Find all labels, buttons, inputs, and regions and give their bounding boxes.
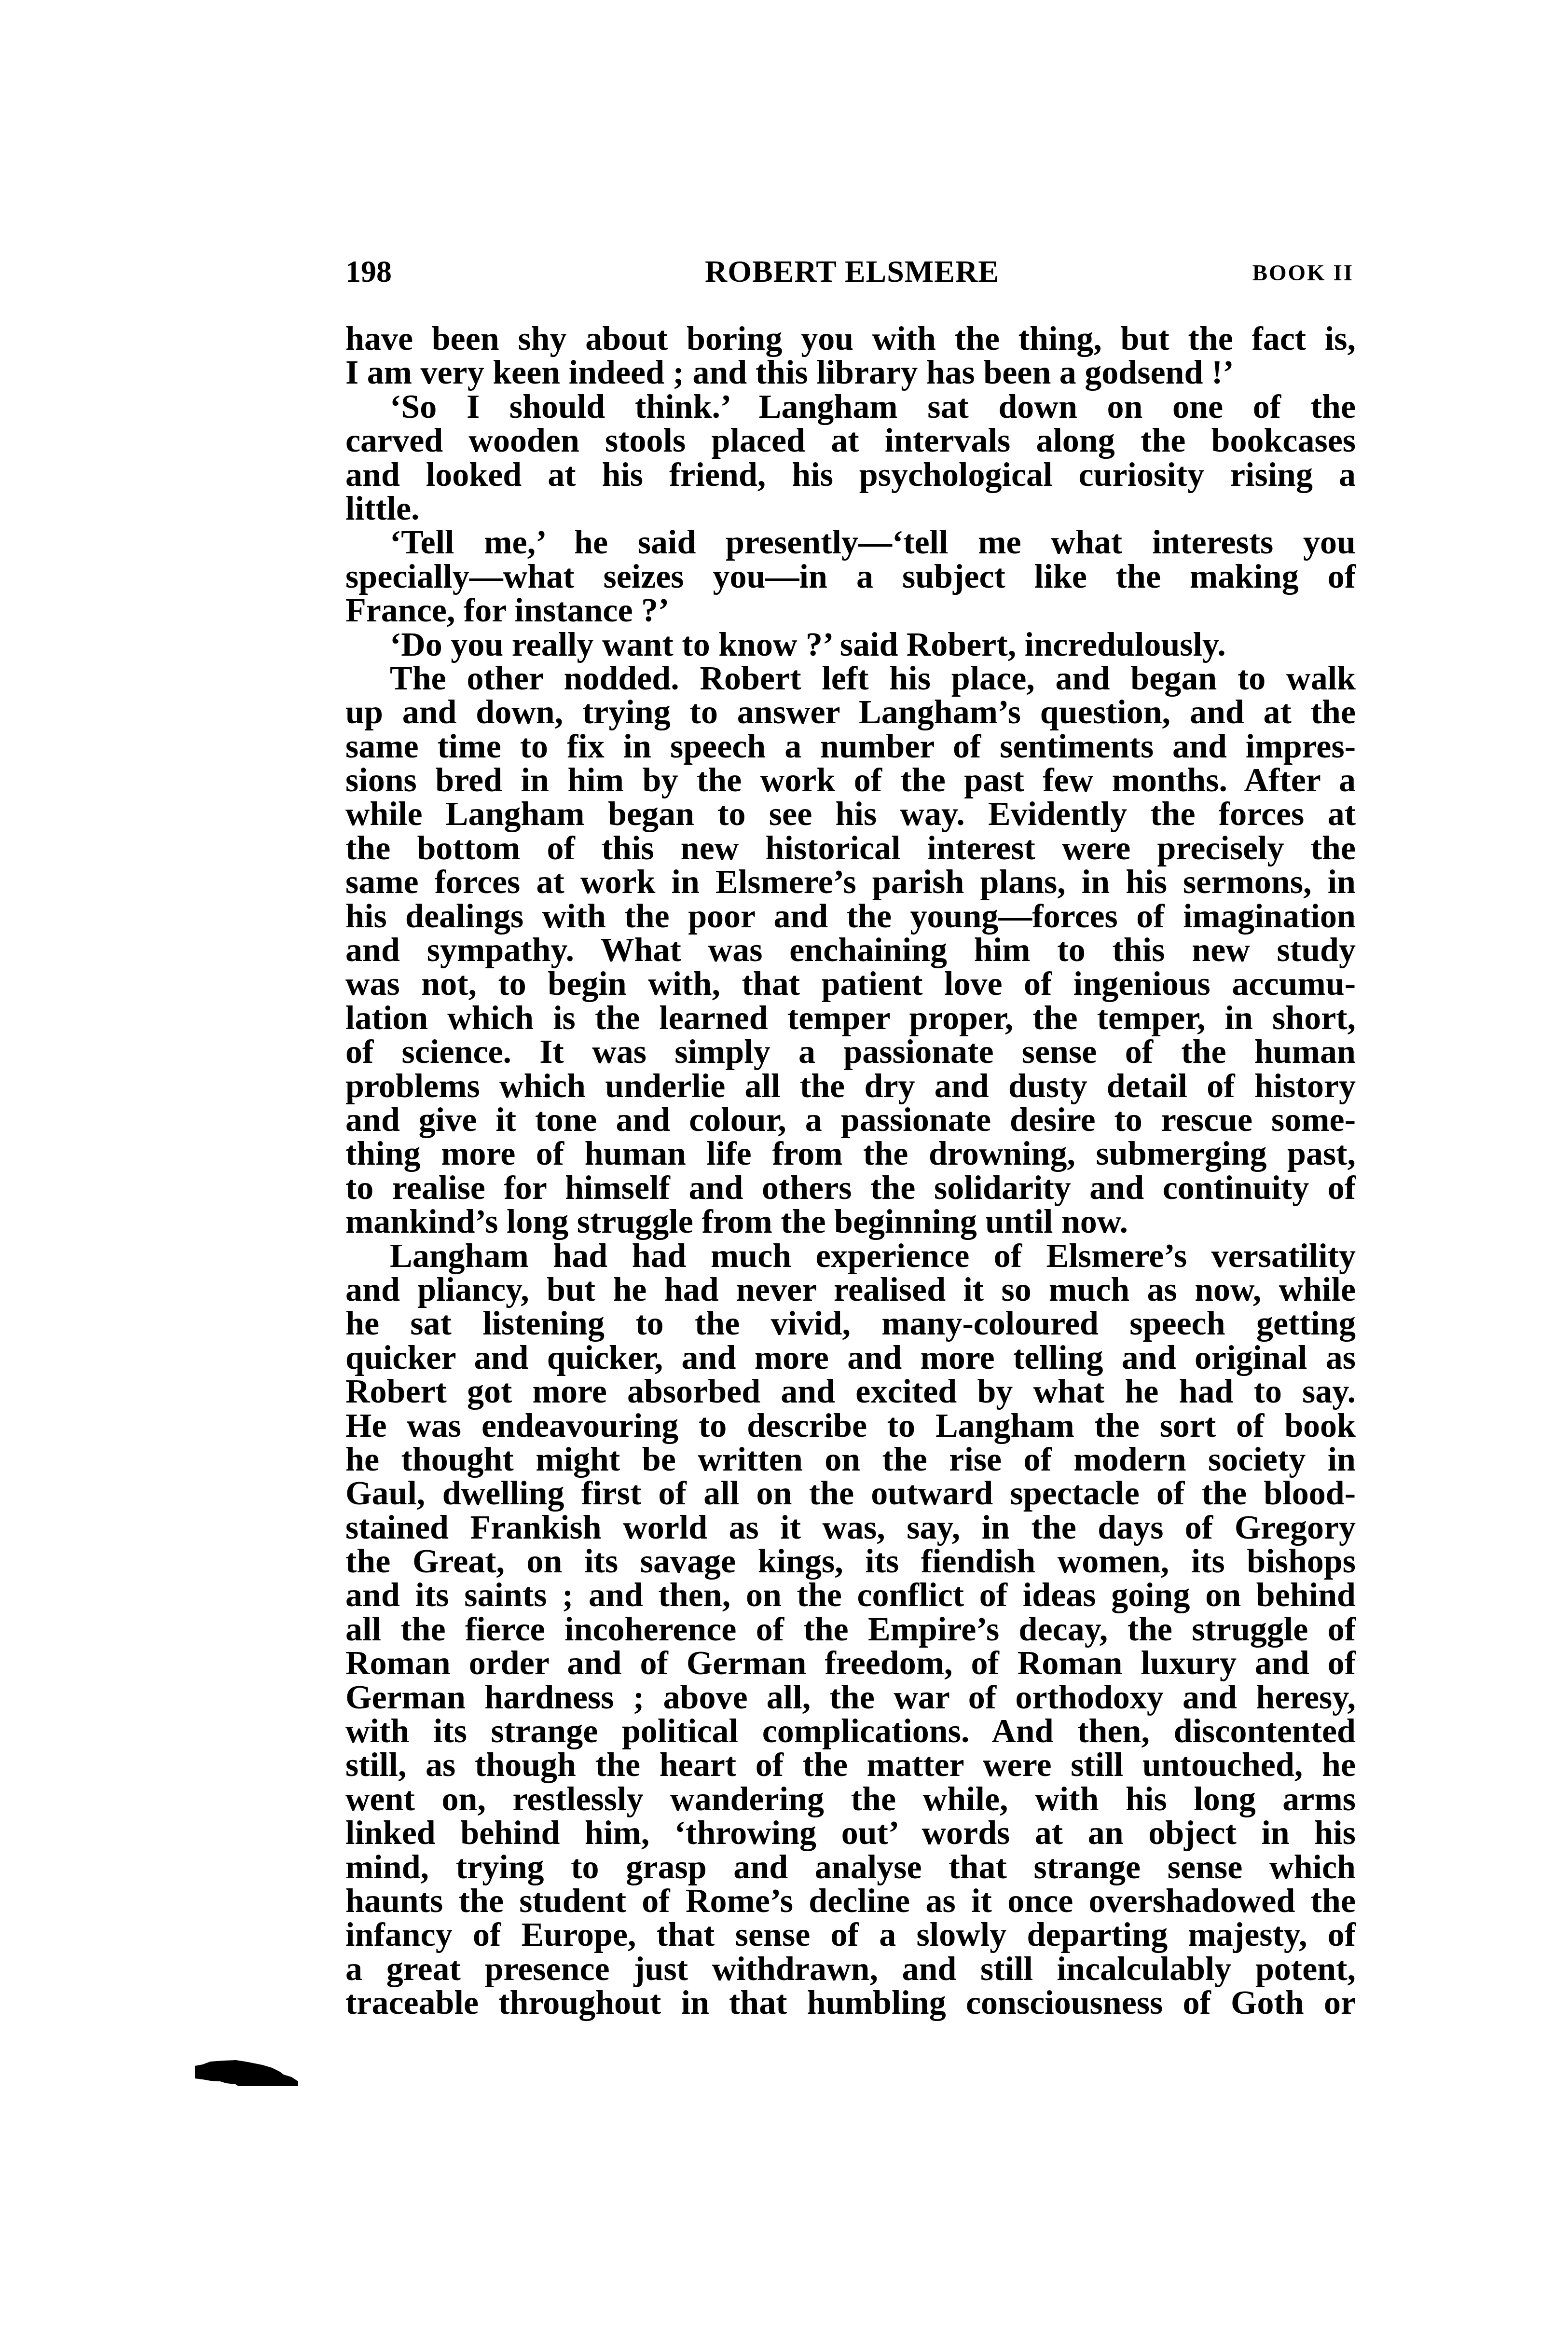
text-line: quicker and quicker, and more and more t…	[345, 1341, 1356, 1375]
text-line: was not, to begin with, that patient lov…	[345, 967, 1356, 1001]
text-line: ‘Do you really want to know ?’ said Robe…	[345, 628, 1356, 662]
text-line: thing more of human life from the drowni…	[345, 1137, 1356, 1171]
text-line: while Langham began to see his way. Evid…	[345, 798, 1356, 831]
text-line: still, as though the heart of the matter…	[345, 1748, 1356, 1782]
text-line: and give it tone and colour, a passionat…	[345, 1103, 1356, 1137]
text-line: Roman order and of German freedom, of Ro…	[345, 1647, 1356, 1680]
text-line: the Great, on its savage kings, its fien…	[345, 1545, 1356, 1579]
text-line: traceable throughout in that humbling co…	[345, 1986, 1356, 2020]
text-line: his dealings with the poor and the young…	[345, 900, 1356, 934]
ink-smudge-icon	[195, 2060, 298, 2086]
text-line: he thought might be written on the rise …	[345, 1443, 1356, 1477]
text-line: linked behind him, ‘throwing out’ words …	[345, 1816, 1356, 1850]
text-line: and sympathy. What was enchaining him to…	[345, 934, 1356, 967]
text-line: ‘So I should think.’ Langham sat down on…	[345, 390, 1356, 424]
text-line: German hardness ; above all, the war of …	[345, 1681, 1356, 1715]
text-line: sions bred in him by the work of the pas…	[345, 764, 1356, 798]
text-line: went on, restlessly wandering the while,…	[345, 1783, 1356, 1816]
text-line: with its strange political complications…	[345, 1715, 1356, 1748]
text-line: The other nodded. Robert left his place,…	[345, 662, 1356, 696]
text-line: specially—what seizes you—in a subject l…	[345, 560, 1356, 594]
text-line: Langham had had much experience of Elsme…	[345, 1239, 1356, 1273]
text-line: little.	[345, 492, 1356, 526]
text-line: problems which underlie all the dry and …	[345, 1070, 1356, 1103]
text-line: same forces at work in Elsmere’s parish …	[345, 866, 1356, 899]
text-line: France, for instance ?’	[345, 594, 1356, 628]
text-line: ‘Tell me,’ he said presently—‘tell me wh…	[345, 526, 1356, 560]
text-line: of science. It was simply a passionate s…	[345, 1035, 1356, 1069]
running-head: 198 ROBERT ELSMERE BOOK II	[345, 255, 1355, 289]
text-line: the bottom of this new historical intere…	[345, 832, 1356, 866]
text-line: stained Frankish world as it was, say, i…	[345, 1511, 1356, 1545]
book-page: 198 ROBERT ELSMERE BOOK II have been shy…	[0, 0, 1568, 2352]
section-label: BOOK II	[1252, 258, 1354, 289]
text-line: all the fierce incoherence of the Empire…	[345, 1613, 1356, 1647]
text-line: a great presence just withdrawn, and sti…	[345, 1953, 1356, 1986]
text-line: have been shy about boring you with the …	[345, 322, 1356, 356]
body-text: have been shy about boring you with the …	[345, 322, 1356, 2021]
text-line: haunts the student of Rome’s decline as …	[345, 1884, 1356, 1918]
text-line: up and down, trying to answer Langham’s …	[345, 696, 1356, 729]
text-line: and looked at his friend, his psychologi…	[345, 458, 1356, 492]
running-title: ROBERT ELSMERE	[705, 255, 999, 289]
text-line: mind, trying to grasp and analyse that s…	[345, 1851, 1356, 1884]
text-line: lation which is the learned temper prope…	[345, 1002, 1356, 1035]
text-line: he sat listening to the vivid, many-colo…	[345, 1307, 1356, 1341]
text-line: and its saints ; and then, on the confli…	[345, 1579, 1356, 1612]
text-line: Gaul, dwelling first of all on the outwa…	[345, 1477, 1356, 1511]
text-line: to realise for himself and others the so…	[345, 1171, 1356, 1205]
text-line: Robert got more absorbed and excited by …	[345, 1375, 1356, 1409]
text-line: mankind’s long struggle from the beginni…	[345, 1205, 1356, 1239]
text-line: infancy of Europe, that sense of a slowl…	[345, 1918, 1356, 1952]
text-line: I am very keen indeed ; and this library…	[345, 356, 1356, 390]
text-line: and pliancy, but he had never realised i…	[345, 1273, 1356, 1307]
page-number: 198	[345, 255, 392, 289]
text-line: He was endeavouring to describe to Langh…	[345, 1409, 1356, 1443]
text-line: same time to fix in speech a number of s…	[345, 730, 1356, 764]
text-line: carved wooden stools placed at intervals…	[345, 424, 1356, 458]
